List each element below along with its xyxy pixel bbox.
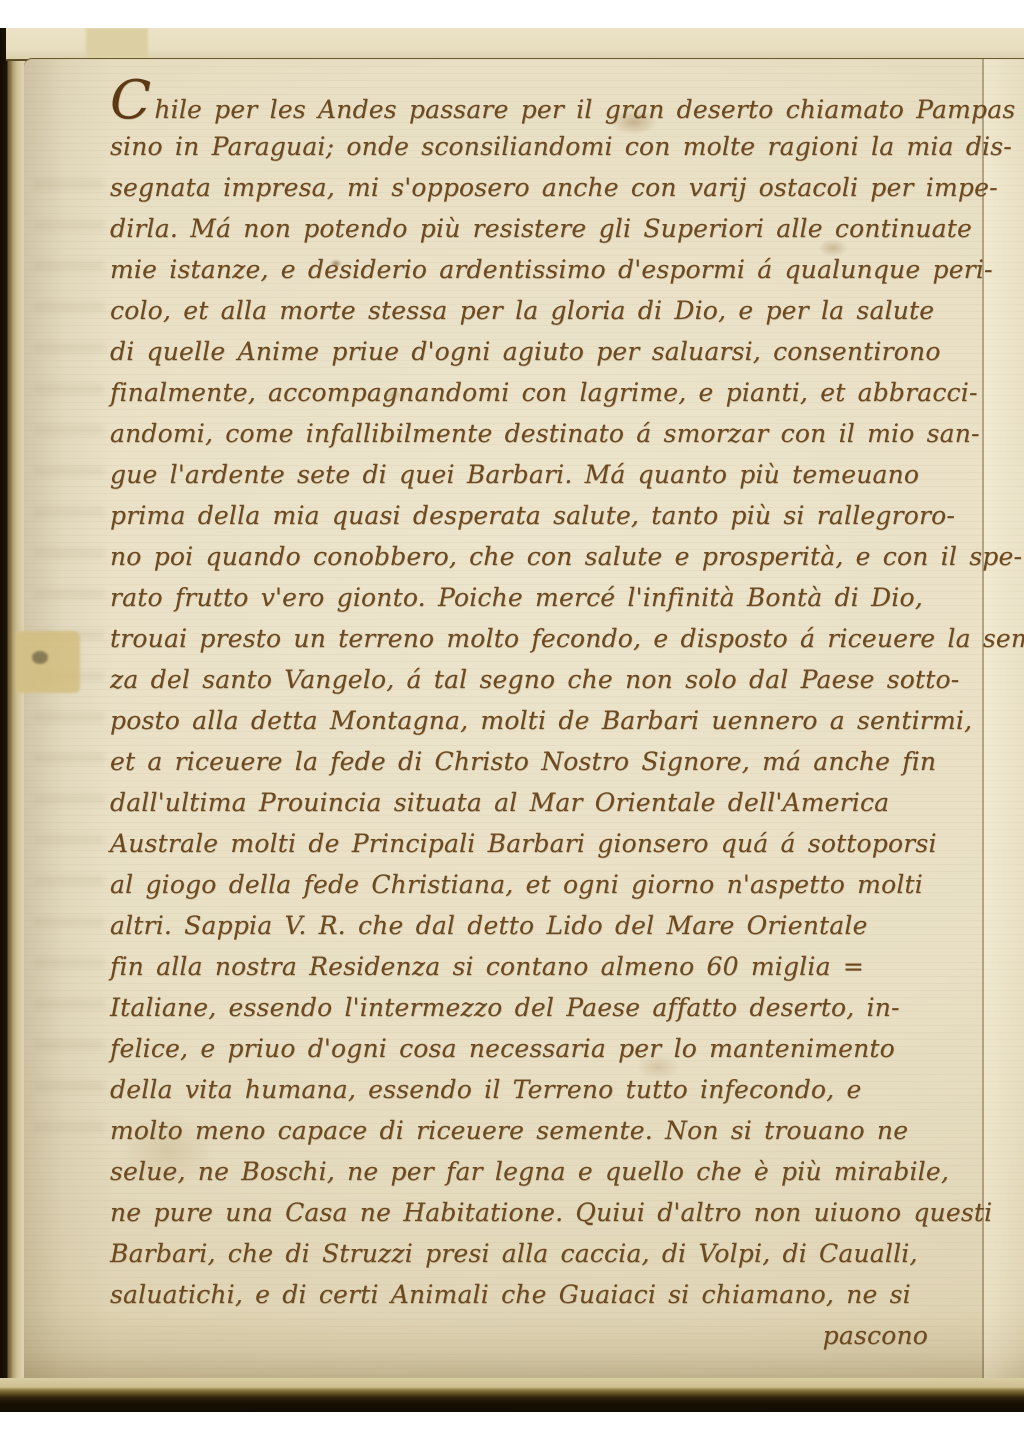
manuscript-line: saluatichi, e di certi Animali che Guaia… [110,1274,994,1315]
manuscript-line: fin alla nostra Residenza si contano alm… [110,946,994,987]
manuscript-line: segnata impresa, mi s'opposero anche con… [110,167,994,208]
book-photo-area: Chile per les Andes passare per il gran … [0,28,1024,1412]
manuscript-line: al giogo della fede Christiana, et ogni … [110,864,994,905]
manuscript-line: mie istanze, e desiderio ardentissimo d'… [110,249,994,290]
manuscript-line: et a riceuere la fede di Christo Nostro … [110,741,994,782]
underlying-page-top-edge [6,28,1024,61]
manuscript-page: Chile per les Andes passare per il gran … [24,59,1024,1380]
manuscript-line: della vita humana, essendo il Terreno tu… [110,1069,994,1110]
manuscript-line: molto meno capace di riceuere semente. N… [110,1110,994,1151]
manuscript-line: posto alla detta Montagna, molti de Barb… [110,700,994,741]
manuscript-line: Italiane, essendo l'intermezzo del Paese… [110,987,994,1028]
manuscript-line: colo, et alla morte stessa per la gloria… [110,290,994,331]
manuscript-line: altri. Sappia V. R. che dal detto Lido d… [110,905,994,946]
book-binding-bottom-edge [0,1378,1024,1412]
manuscript-line: felice, e priuo d'ogni cosa necessaria p… [110,1028,994,1069]
manuscript-line: di quelle Anime priue d'ogni agiuto per … [110,331,994,372]
scanned-manuscript-view: Chile per les Andes passare per il gran … [0,0,1024,1448]
manuscript-line: za del santo Vangelo, á tal segno che no… [110,659,994,700]
manuscript-line: selue, ne Boschi, ne per far legna e que… [110,1151,994,1192]
manuscript-text-block: Chile per les Andes passare per il gran … [110,85,994,1356]
manuscript-line: prima della mia quasi desperata salute, … [110,495,994,536]
paper-corner-patch [86,28,148,58]
manuscript-line: rato frutto v'ero gionto. Poiche mercé l… [110,577,994,618]
manuscript-catchword: pascono [110,1315,994,1356]
manuscript-line: finalmente, accompagnandomi con lagrime,… [110,372,994,413]
dark-speck-stain [32,651,48,664]
manuscript-line: trouai presto un terreno molto fecondo, … [110,618,994,659]
manuscript-line: ne pure una Casa ne Habitatione. Quiui d… [110,1192,994,1233]
manuscript-line: Australe molti de Principali Barbari gio… [110,823,994,864]
manuscript-line: Chile per les Andes passare per il gran … [110,85,994,126]
manuscript-line: dirla. Má non potendo più resistere gli … [110,208,994,249]
manuscript-line: Barbari, che di Struzzi presi alla cacci… [110,1233,994,1274]
repair-tab-stain [16,631,80,693]
manuscript-line: dall'ultima Prouincia situata al Mar Ori… [110,782,994,823]
manuscript-line: no poi quando conobbero, che con salute … [110,536,994,577]
manuscript-line: gue l'ardente sete di quei Barbari. Má q… [110,454,994,495]
manuscript-line: andomi, come infallibilmente destinato á… [110,413,994,454]
ink-bleedthrough-ghost [34,179,104,1159]
manuscript-line: sino in Paraguai; onde sconsiliandomi co… [110,126,994,167]
